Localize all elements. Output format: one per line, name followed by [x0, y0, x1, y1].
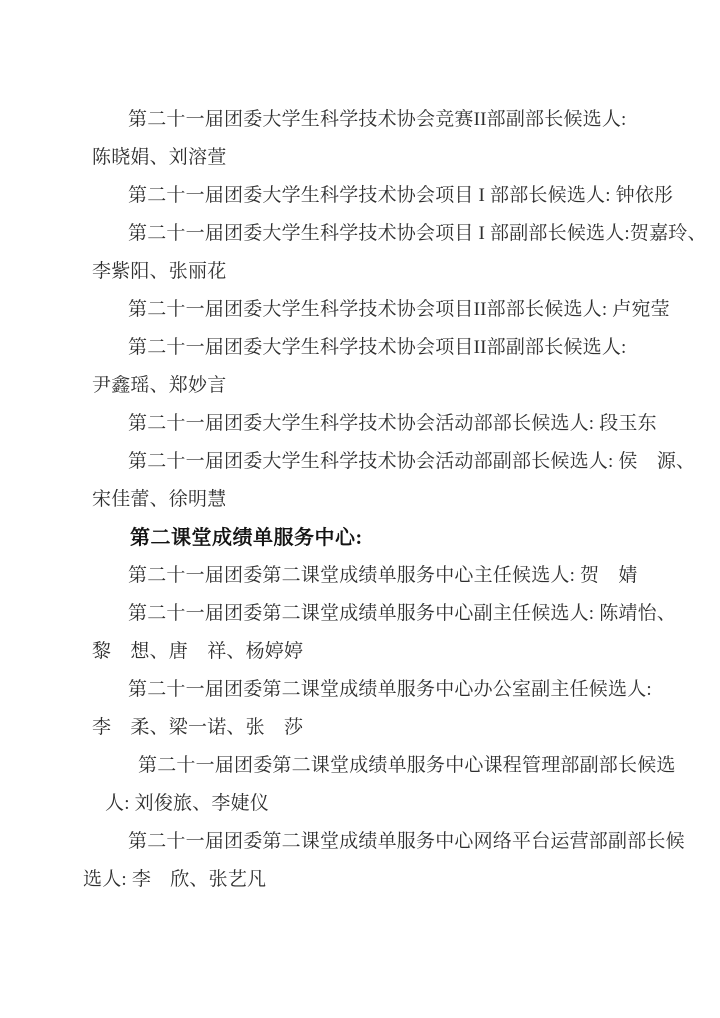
document-line-names: 李 柔、梁一诺、张 莎 — [0, 709, 720, 747]
document-line-position: 第二十一届团委大学生科学技术协会项目 I 部部长候选人: 钟依彤 — [0, 177, 720, 215]
document-line-names: 黎 想、唐 祥、杨婷婷 — [0, 633, 720, 671]
document-line-position: 第二十一届团委第二课堂成绩单服务中心网络平台运营部副部长候 — [0, 823, 720, 861]
document-line-position: 第二十一届团委大学生科学技术协会活动部部长候选人: 段玉东 — [0, 405, 720, 443]
document-line-position: 第二十一届团委大学生科学技术协会竞赛II部副部长候选人: — [0, 101, 720, 139]
document-line-position: 第二十一届团委第二课堂成绩单服务中心主任候选人: 贺 婧 — [0, 557, 720, 595]
document-page: 第二十一届团委大学生科学技术协会竞赛II部副部长候选人: 陈晓娟、刘溶萱 第二十… — [0, 0, 720, 1018]
document-line-names: 陈晓娟、刘溶萱 — [0, 139, 720, 177]
document-line-position: 第二十一届团委大学生科学技术协会项目II部副部长候选人: — [0, 329, 720, 367]
document-line-position: 第二十一届团委大学生科学技术协会活动部副部长候选人: 侯 源、 — [0, 443, 720, 481]
section-heading: 第二课堂成绩单服务中心: — [0, 519, 720, 557]
document-line-position: 第二十一届团委大学生科学技术协会项目 I 部副部长候选人:贺嘉玲、 — [0, 215, 720, 253]
document-line-position: 第二十一届团委大学生科学技术协会项目II部部长候选人: 卢宛莹 — [0, 291, 720, 329]
document-line-names: 选人: 李 欣、张艺凡 — [0, 861, 720, 899]
document-line-position: 第二十一届团委第二课堂成绩单服务中心办公室副主任候选人: — [0, 671, 720, 709]
document-line-names: 人: 刘俊旅、李婕仪 — [0, 785, 720, 823]
document-line-names: 李紫阳、张丽花 — [0, 253, 720, 291]
document-line-names: 宋佳蕾、徐明慧 — [0, 481, 720, 519]
document-line-names: 尹鑫瑶、郑妙言 — [0, 367, 720, 405]
document-line-position: 第二十一届团委第二课堂成绩单服务中心课程管理部副部长候选 — [0, 747, 720, 785]
document-line-position: 第二十一届团委第二课堂成绩单服务中心副主任候选人: 陈靖怡、 — [0, 595, 720, 633]
document-text-block: 第二十一届团委大学生科学技术协会竞赛II部副部长候选人: 陈晓娟、刘溶萱 第二十… — [0, 101, 720, 899]
